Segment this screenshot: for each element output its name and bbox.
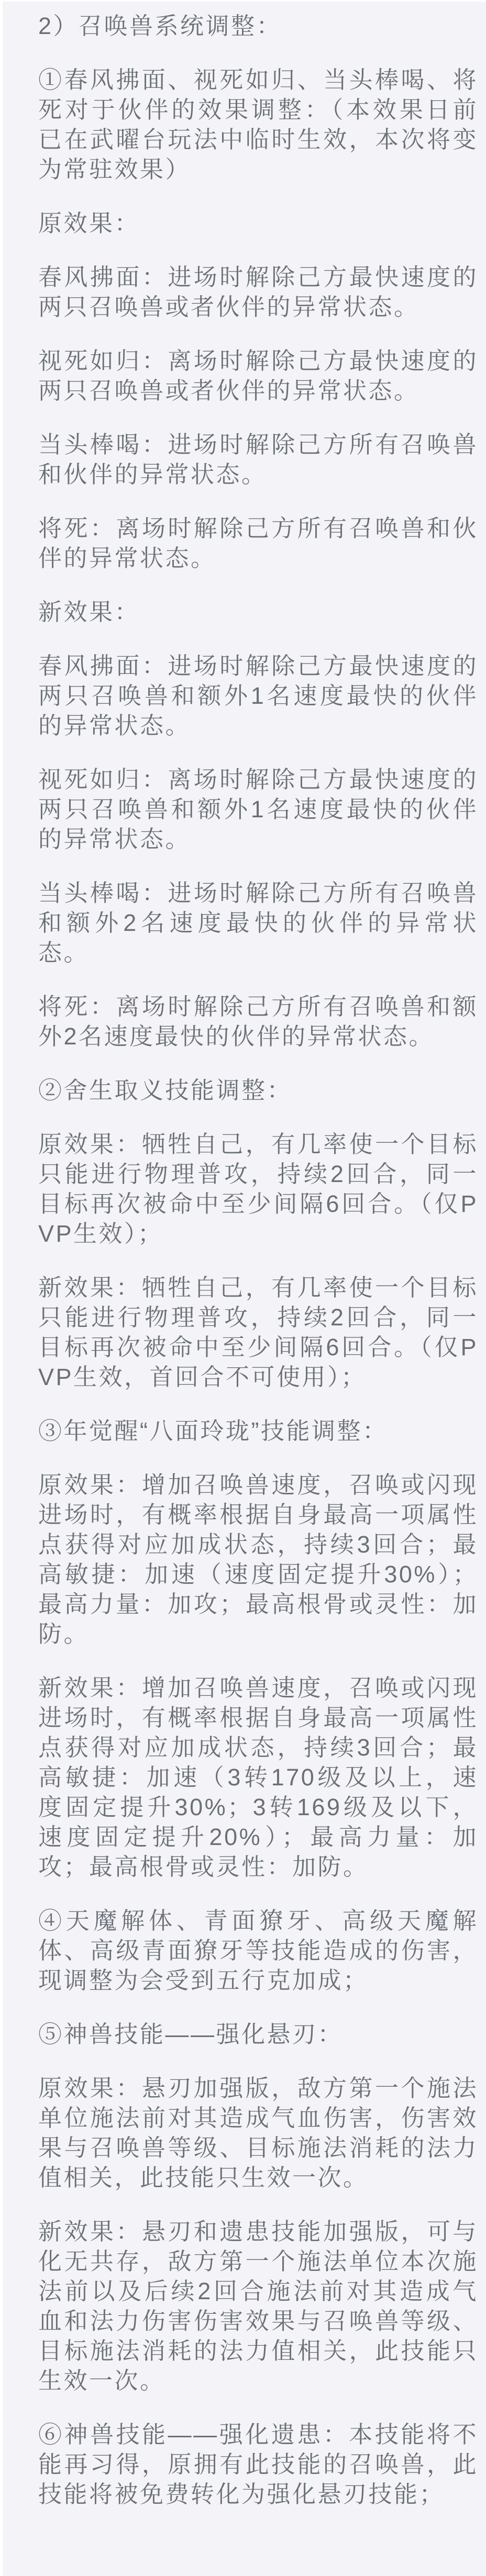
paragraph: 将死：离场时解除己方所有召唤兽和额外2名速度最快的伙伴的异常状态。 — [38, 992, 478, 1051]
paragraph: 新效果：牺牲自己，有几率使一个目标只能进行物理普攻，持续2回合，同一目标再次被命… — [38, 1273, 478, 1392]
paragraph: 新效果：增加召唤兽速度，召唤或闪现进场时，有概率根据自身最高一项属性点获得对应加… — [38, 1673, 478, 1882]
paragraph: 当头棒喝：进场时解除己方所有召唤兽和伙伴的异常状态。 — [38, 430, 478, 489]
paragraph: 原效果： — [38, 208, 478, 238]
paragraph: 原效果：增加召唤兽速度，召唤或闪现进场时，有概率根据自身最高一项属性点获得对应加… — [38, 1470, 478, 1649]
paragraph: ④天魔解体、青面獠牙、高级天魔解体、高级青面獠牙等技能造成的伤害，现调整为会受到… — [38, 1906, 478, 1995]
screenshot-canvas: 2）召唤兽系统调整：①春风拂面、视死如归、当头棒喝、将死对于伙伴的效果调整：（本… — [0, 0, 486, 2576]
paragraph: ②舍生取义技能调整： — [38, 1075, 478, 1105]
paragraph: 2）召唤兽系统调整： — [38, 11, 478, 41]
paragraph: 春风拂面：进场时解除己方最快速度的两只召唤兽和额外1名速度最快的伙伴的异常状态。 — [38, 651, 478, 740]
paragraph: ③年觉醒“八面玲珑”技能调整： — [38, 1416, 478, 1446]
paragraph: ①春风拂面、视死如归、当头棒喝、将死对于伙伴的效果调整：（本效果日前已在武曜台玩… — [38, 65, 478, 184]
paragraph: 新效果： — [38, 597, 478, 627]
paragraph: 春风拂面：进场时解除己方最快速度的两只召唤兽或者伙伴的异常状态。 — [38, 262, 478, 322]
paragraph: ⑥神兽技能——强化遗患：本技能将不能再习得，原拥有此技能的召唤兽，此技能将被免费… — [38, 2420, 478, 2509]
paragraph: 将死：离场时解除己方所有召唤兽和伙伴的异常状态。 — [38, 513, 478, 573]
paragraph: ⑤神兽技能——强化悬刃： — [38, 2019, 478, 2049]
paragraph: 视死如归：离场时解除己方最快速度的两只召唤兽或者伙伴的异常状态。 — [38, 346, 478, 406]
patch-notes-article: 2）召唤兽系统调整：①春风拂面、视死如归、当头棒喝、将死对于伙伴的效果调整：（本… — [3, 2, 486, 2576]
paragraph: 原效果：牺牲自己，有几率使一个目标只能进行物理普攻，持续2回合，同一目标再次被命… — [38, 1129, 478, 1248]
paragraph: 原效果：悬刃加强版，敌方第一个施法单位施法前对其造成气血伤害，伤害效果与召唤兽等… — [38, 2073, 478, 2192]
paragraph: 视死如归：离场时解除己方最快速度的两只召唤兽和额外1名速度最快的伙伴的异常状态。 — [38, 764, 478, 854]
paragraph: 当头棒喝：进场时解除己方所有召唤兽和额外2名速度最快的伙伴的异常状态。 — [38, 878, 478, 968]
paragraph: 新效果：悬刃和遗患技能加强版，可与化无共存，敌方第一个施法单位本次施法前以及后续… — [38, 2217, 478, 2395]
